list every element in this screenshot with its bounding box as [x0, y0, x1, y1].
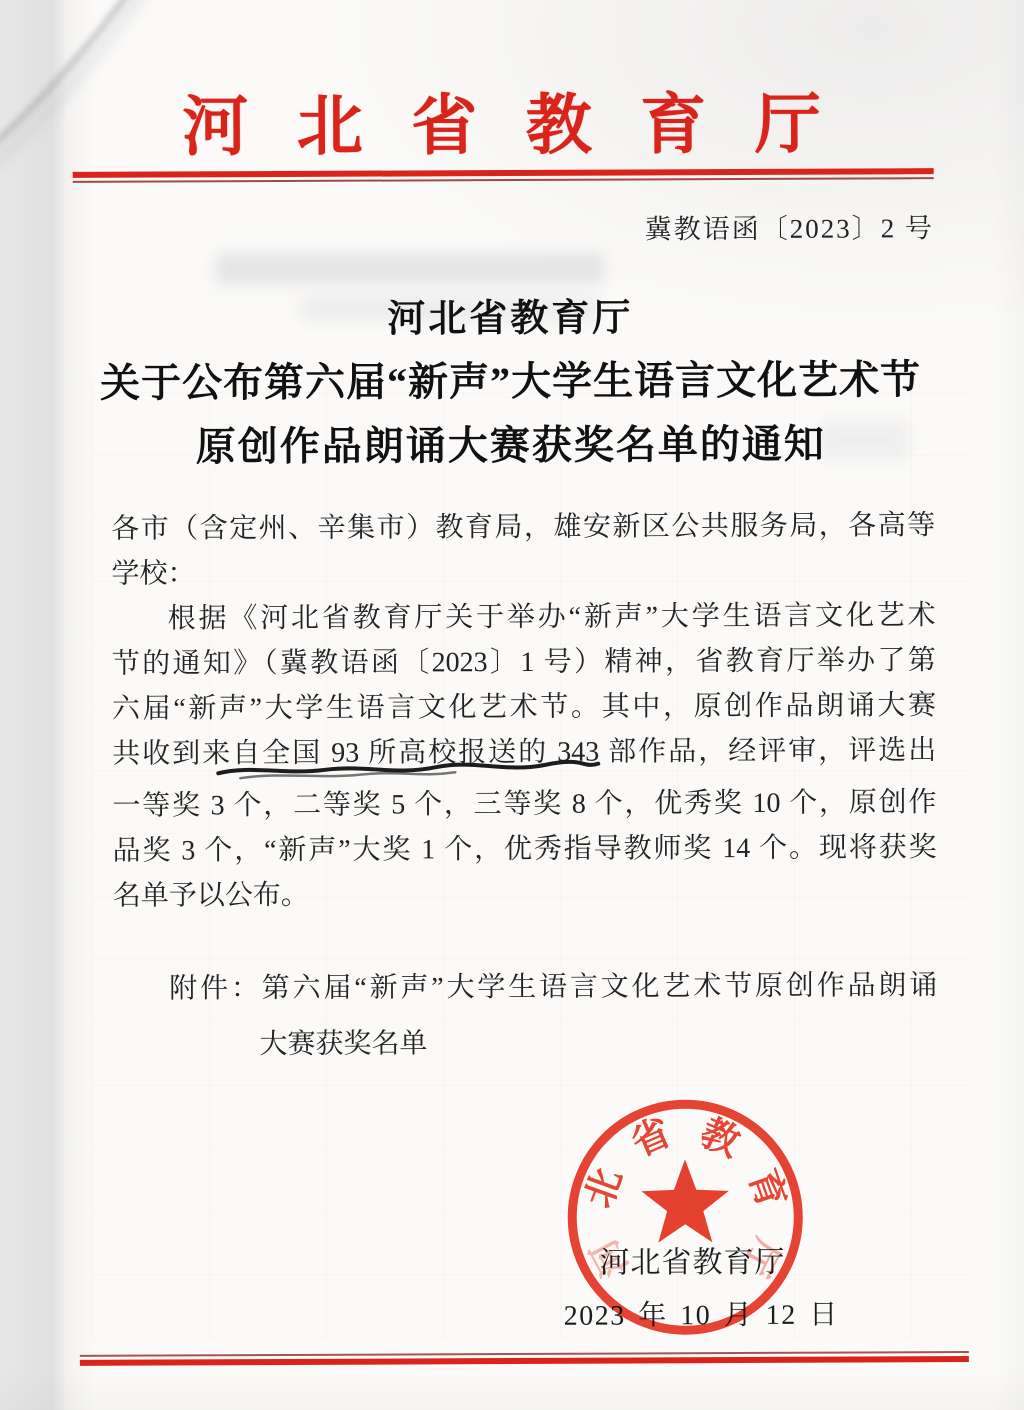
body-line: 各市（含定州、辛集市）教育局，雄安新区公共服务局，各高等 — [111, 503, 935, 552]
letterhead-agency-name: 河 北 省 教 育 厅 — [0, 70, 1022, 169]
scanned-official-letter: 河 北 省 教 育 厅 冀教语函〔2023〕2 号 河北省教育厅 关于公布第六届… — [0, 0, 1024, 1410]
attachment-note: 附件：第六届“新声”大学生语言文化艺术节原创作品朗诵 大赛获奖名单 — [113, 961, 937, 1071]
body-line: 名单予以公布。 — [113, 870, 937, 919]
letter-body: 各市（含定州、辛集市）教育局，雄安新区公共服务局，各高等 学校： 根据《河北省教… — [111, 503, 937, 919]
body-line: 根据《河北省教育厅关于举办“新声”大学生语言文化艺术 — [112, 593, 936, 642]
body-line: 品奖 3 个，“新声”大奖 1 个，优秀指导教师奖 14 个。现将获奖 — [113, 825, 937, 874]
body-line: 学校： — [111, 548, 935, 597]
title-line-3: 原创作品朗诵大赛获奖名单的通知 — [0, 412, 1023, 480]
official-seal: 河 北 省 教 育 厅 — [557, 1089, 814, 1346]
seal-star-icon — [641, 1159, 729, 1243]
title-line-2: 关于公布第六届“新声”大学生语言文化艺术节 — [0, 348, 1023, 416]
attachment-line-2: 大赛获奖名单 — [113, 1017, 937, 1071]
body-line: 节的通知》（冀教语函〔2023〕1 号）精神，省教育厅举办了第 — [112, 638, 936, 687]
letter-sheet: 河 北 省 教 育 厅 冀教语函〔2023〕2 号 河北省教育厅 关于公布第六届… — [0, 0, 1024, 1410]
handwritten-underline-mark — [210, 750, 610, 792]
document-number: 冀教语函〔2023〕2 号 — [645, 206, 934, 246]
footer-divider-rule — [80, 1351, 969, 1366]
document-title: 河北省教育厅 关于公布第六届“新声”大学生语言文化艺术节 原创作品朗诵大赛获奖名… — [0, 286, 1023, 480]
body-line: 六届“新声”大学生语言文化艺术节。其中，原创作品朗诵大赛 — [112, 683, 936, 732]
title-line-1: 河北省教育厅 — [0, 286, 1022, 352]
attachment-line-1: 附件：第六届“新声”大学生语言文化艺术节原创作品朗诵 — [113, 961, 937, 1015]
letterhead-divider-rule — [73, 168, 934, 183]
